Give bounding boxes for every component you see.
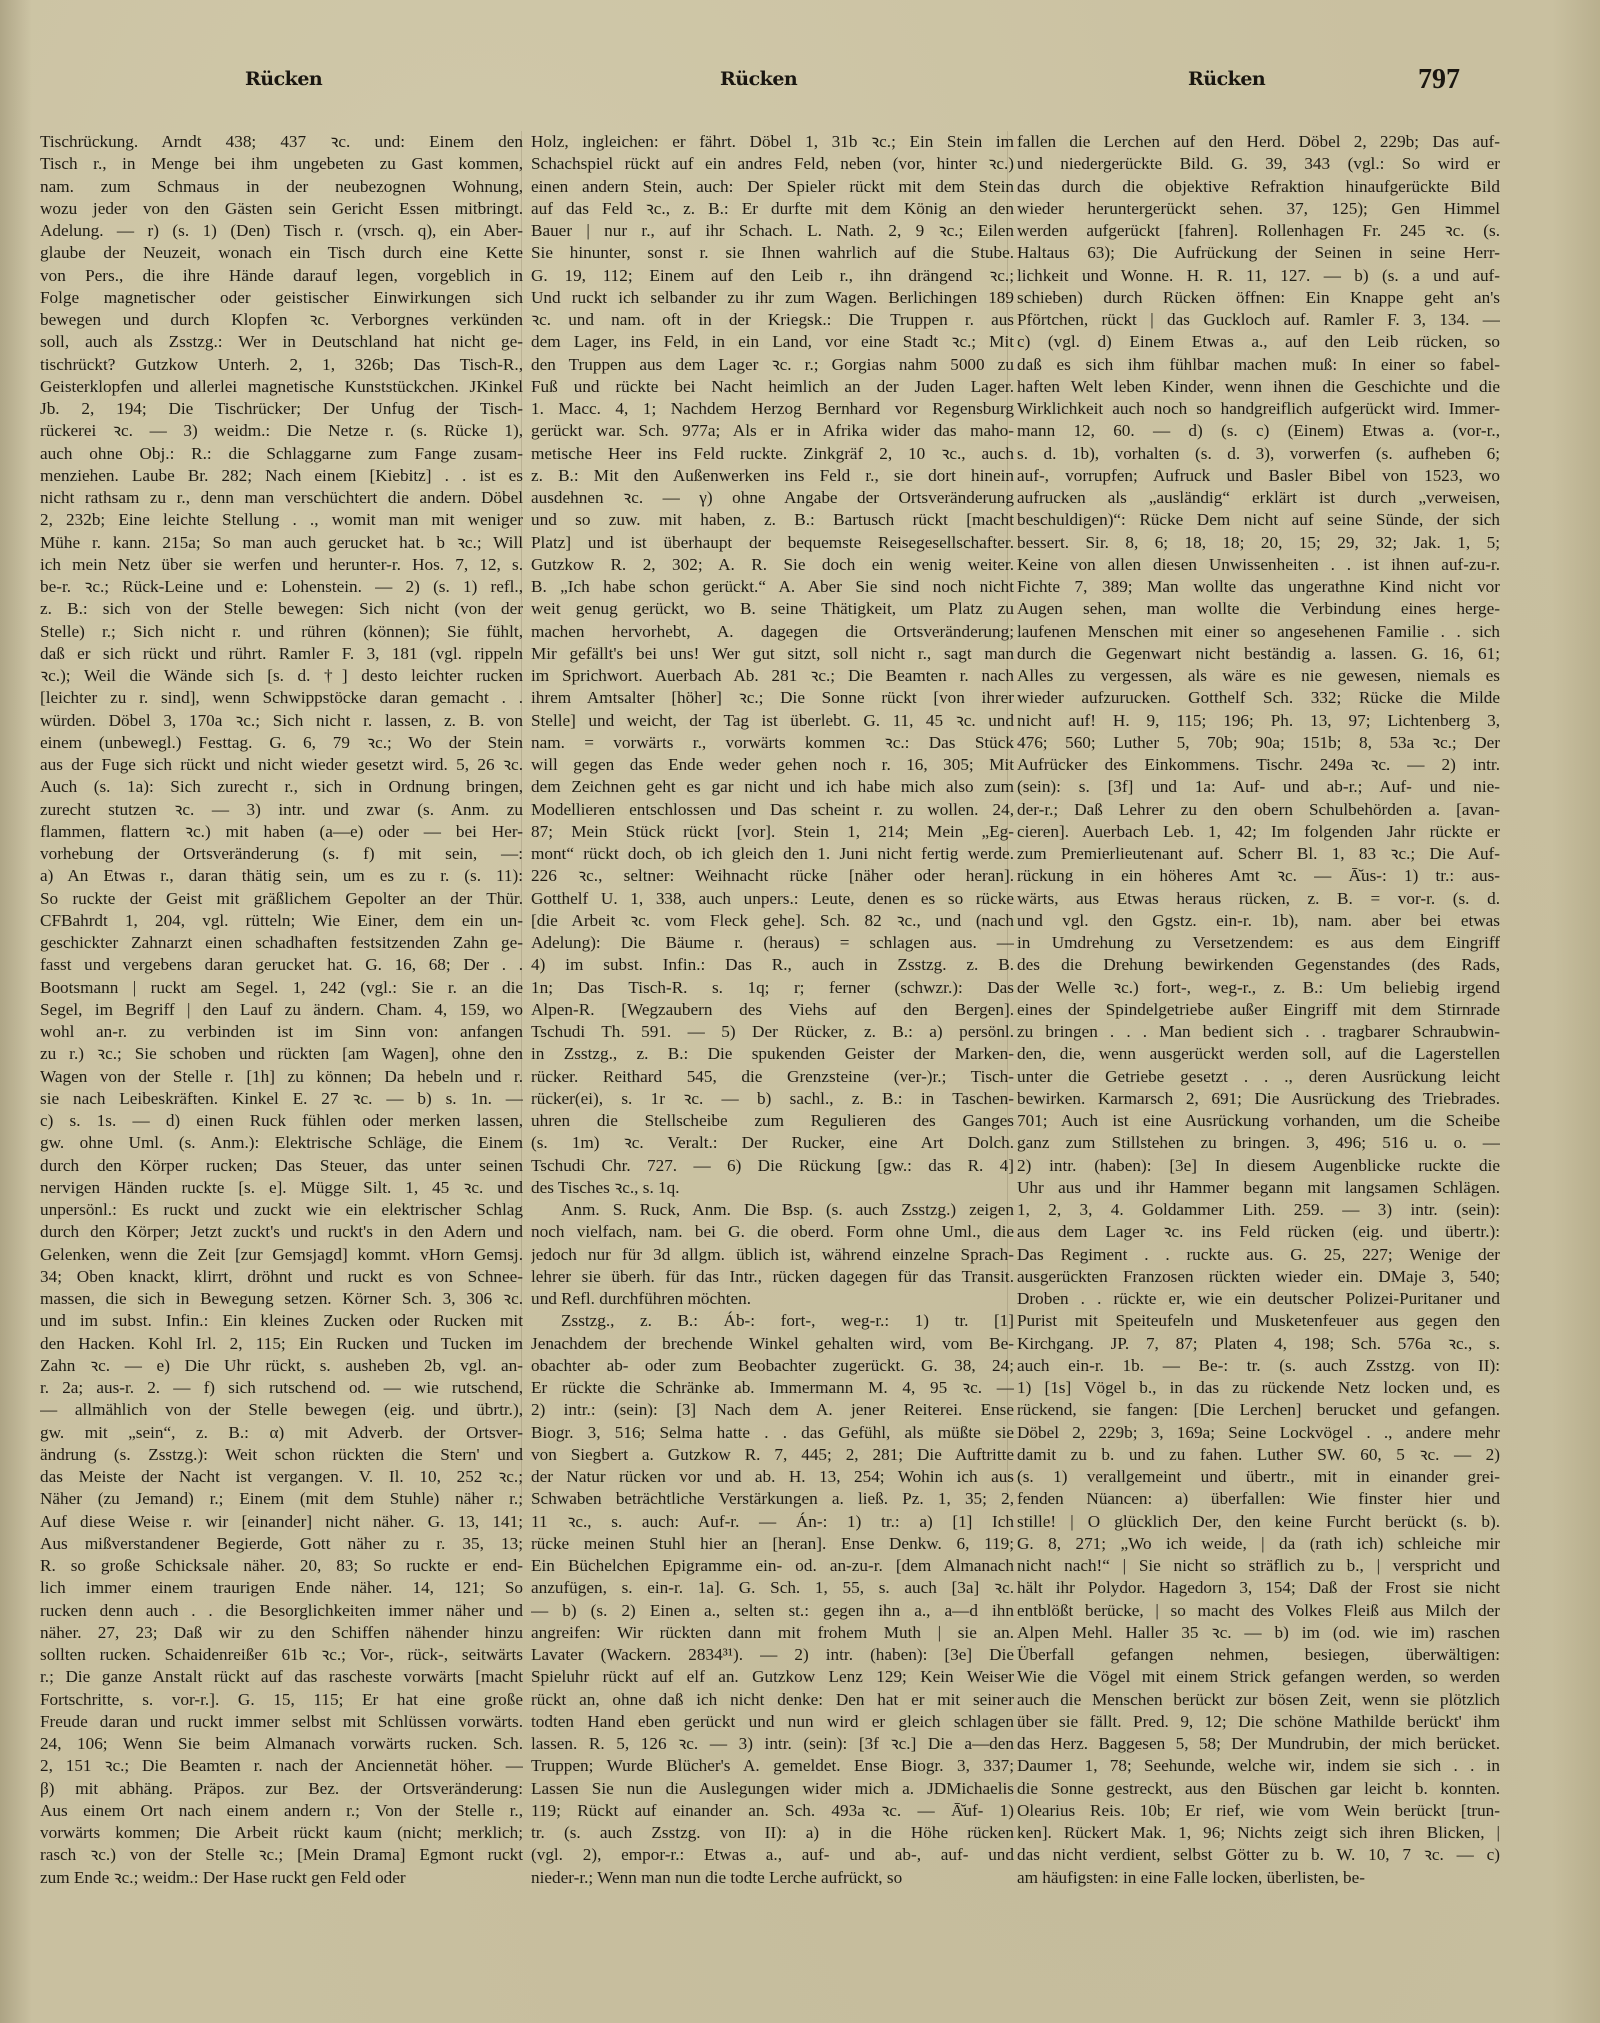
text-line: massen, die sich in Bewegung setzen. Kör…: [40, 1288, 523, 1310]
text-line: des Tisches ꝛc., s. 1q.: [531, 1177, 1014, 1199]
text-line: Uhr aus und ihr Hammer begann mit langsa…: [1017, 1177, 1500, 1199]
text-line: tischrückt? Gutzkow Unterh. 2, 1, 326b; …: [40, 354, 523, 376]
text-line: ꝛc. und nam. oft in der Kriegsk.: Die Tr…: [531, 309, 1014, 331]
text-line: obachter ab- oder zum Beobachter zugerüc…: [531, 1355, 1014, 1377]
text-line: Stelle) r.; Sich nicht r. und rühren (kö…: [40, 621, 523, 643]
text-line: Tisch r., in Menge bei ihm ungebeten zu …: [40, 153, 523, 175]
text-line: Mir gefällt's bei uns! Wer gut sitzt, so…: [531, 643, 1014, 665]
text-line: nervigen Händen ruckte [s. e]. Mügge Sil…: [40, 1177, 523, 1199]
text-line: lehrer sie überh. für das Intr., rücken …: [531, 1266, 1014, 1288]
text-line: auch die Menschen berückt zur bösen Zeit…: [1017, 1689, 1500, 1711]
text-line: unpersönl.: Es ruckt und zuckt wie ein e…: [40, 1199, 523, 1221]
text-line: Freude daran und ruckt immer selbst mit …: [40, 1711, 523, 1733]
text-line: geschickter Zahnarzt einen schadhaften f…: [40, 932, 523, 954]
page-number: 797: [1418, 64, 1460, 96]
text-line: Das Regiment . . ruckte aus. G. 25, 227;…: [1017, 1244, 1500, 1266]
text-line: rücker(ei), s. 1r ꝛc. — b) sachl., z. B.…: [531, 1088, 1014, 1110]
text-line: rückerei ꝛc. — 3) weidm.: Die Netze r. (…: [40, 420, 523, 442]
text-line: werden aufgerückt [fahren]. Rollenhagen …: [1017, 220, 1500, 242]
text-line: tr. (s. auch Zsstzg. von II): a) in die …: [531, 1822, 1014, 1844]
text-line: Er rückte die Schränke ab. Immermann M. …: [531, 1377, 1014, 1399]
text-line: 24, 106; Wenn Sie beim Almanach vorwärts…: [40, 1733, 523, 1755]
text-line: Überfall gefangen nehmen, besiegen, über…: [1017, 1644, 1500, 1666]
text-line: Haltaus 63); Die Aufrückung der Seinen i…: [1017, 242, 1500, 264]
text-line: Droben . . rückte er, wie ein deutscher …: [1017, 1288, 1500, 1310]
text-line: r. 2a; aus-r. 2. — f) sich rutschend od.…: [40, 1377, 523, 1399]
text-column-1: Tischrückung. Arndt 438; 437 ꝛc. und: Ei…: [40, 131, 523, 1889]
text-line: und im subst. Infin.: Ein kleines Zucken…: [40, 1310, 523, 1332]
text-line: unter die Getriebe gesetzt . . ., deren …: [1017, 1066, 1500, 1088]
text-line: 4) im subst. Infin.: Das R., auch in Zss…: [531, 954, 1014, 976]
text-line: Geisterklopfen und allerlei magnetische …: [40, 376, 523, 398]
text-line: gw. mit „sein“, z. B.: α) mit Adverb. de…: [40, 1422, 523, 1444]
text-line: R. so große Schicksale näher. 20, 83; So…: [40, 1555, 523, 1577]
text-line: 1) [1s] Vögel b., in das zu rückende Net…: [1017, 1377, 1500, 1399]
text-line: zu r.) ꝛc.; Sie schoben und rückten [am …: [40, 1043, 523, 1065]
text-line: noch vielfach, nam. bei G. die oberd. Fo…: [531, 1221, 1014, 1243]
text-line: bewirken. Karmarsch 2, 691; Die Ausrücku…: [1017, 1088, 1500, 1110]
text-line: einem (unbewegl.) Festtag. G. 6, 79 ꝛc.;…: [40, 732, 523, 754]
text-line: 226 ꝛc., seltner: Weihnacht rücke [näher…: [531, 865, 1014, 887]
text-line: B. „Ich habe schon gerückt.“ A. Aber Sie…: [531, 576, 1014, 598]
text-column-3: fallen die Lerchen auf den Herd. Döbel 2…: [1017, 131, 1500, 1889]
text-line: Modellieren entschlossen und Das scheint…: [531, 799, 1014, 821]
text-line: jedoch nur für 3d allgm. üblich ist, wäh…: [531, 1244, 1014, 1266]
text-line: [die Arbeit ꝛc. vom Fleck gehe]. Sch. 82…: [531, 910, 1014, 932]
text-line: Näher (zu Jemand) r.; Einem (mit dem Stu…: [40, 1488, 523, 1510]
text-line: auf-, vorrupfen; Aufruck und Basler Bibe…: [1017, 465, 1500, 487]
text-line: mont“ rückt doch, ob ich gleich den 1. J…: [531, 843, 1014, 865]
text-line: das Meiste der Nacht ist vergangen. V. I…: [40, 1466, 523, 1488]
text-line: am häufigsten: in eine Falle locken, übe…: [1017, 1867, 1500, 1889]
text-line: 119; Rückt auf einander an. Sch. 493a ꝛc…: [531, 1800, 1014, 1822]
text-line: dem Zeichnen geht es gar nicht und ich h…: [531, 776, 1014, 798]
text-line: Sie hinunter, sonst r. sie Ihnen wahrlic…: [531, 242, 1014, 264]
text-line: wozu jeder von den Gästen sein Gericht E…: [40, 198, 523, 220]
text-line: s. d. 1b), vorhalten (s. d. 3), vorwerfe…: [1017, 443, 1500, 465]
text-line: lich immer einem traurigen Ende näher. 1…: [40, 1577, 523, 1599]
text-line: uhren die Stellscheibe zum Regulieren de…: [531, 1110, 1014, 1132]
text-line: 701; Auch ist eine Ausrückung vorhanden,…: [1017, 1110, 1500, 1132]
text-line: z. B.: Mit den Außenwerken ins Feld r., …: [531, 465, 1014, 487]
text-line: Alles zu vergessen, als wäre es nie gewe…: [1017, 665, 1500, 687]
text-line: Alpen-R. [Wegzaubern des Viehs auf den B…: [531, 999, 1014, 1021]
text-line: Fuß und rückte bei Nacht heimlich an der…: [531, 376, 1014, 398]
running-header: Rücken Rücken Rücken 797: [0, 62, 1600, 102]
text-line: den Hacken. Kohl Irl. 2, 115; Ein Rucken…: [40, 1333, 523, 1355]
text-line: Stelle] und weicht, der Tag ist überlebt…: [531, 710, 1014, 732]
text-line: 476; 560; Luther 5, 70b; 90a; 151b; 8, 5…: [1017, 732, 1500, 754]
text-line: — allmählich von der Stelle bewegen (eig…: [40, 1399, 523, 1421]
text-line: rückend, sie fangen: [Die Lerchen] beruc…: [1017, 1399, 1500, 1421]
text-line: Aufrücker des Einkommens. Tischr. 249a ꝛ…: [1017, 754, 1500, 776]
text-line: Fortschritte, s. vor-r.]. G. 15, 115; Er…: [40, 1689, 523, 1711]
page-spine-shadow: [0, 0, 32, 2023]
text-line: So ruckte der Geist mit gräßlichem Gepol…: [40, 888, 523, 910]
text-line: machen hervorhebt, A. dagegen die Ortsve…: [531, 621, 1014, 643]
text-line: durch den Körper rucken; Das Steuer, das…: [40, 1155, 523, 1177]
text-line: ausgerückten Franzosen rückten wieder ei…: [1017, 1266, 1500, 1288]
text-line: Platz] und ist überhaupt der bequemste R…: [531, 532, 1014, 554]
text-line: ꝛc.); Weil die Wände sich [s. d. †] dest…: [40, 665, 523, 687]
text-line: daß es sich ihm fühlbar machen muß: In e…: [1017, 354, 1500, 376]
text-line: Schwaben beträchtliche Verstärkungen a. …: [531, 1488, 1014, 1510]
text-line: wohl an-r. zu verbinden ist im Sinn von:…: [40, 1021, 523, 1043]
text-line: fallen die Lerchen auf den Herd. Döbel 2…: [1017, 131, 1500, 153]
text-line: r.; Die ganze Anstalt rückt auf das rasc…: [40, 1666, 523, 1688]
text-line: und vgl. den Ggstz. ein-r. 1b), nam. abe…: [1017, 910, 1500, 932]
text-line: nam. = vorwärts r., vorwärts kommen ꝛc.:…: [531, 732, 1014, 754]
text-line: Mühe r. kann. 215a; So man auch gerucket…: [40, 532, 523, 554]
text-line: mann 12, 60. — d) (s. c) (Einem) Etwas a…: [1017, 420, 1500, 442]
text-line: Alpen Mehl. Haller 35 ꝛc. — b) im (od. w…: [1017, 1622, 1500, 1644]
text-line: G. 8, 271; „Wo ich weide, | da (rath ich…: [1017, 1533, 1500, 1555]
text-line: [leichter zu r. sind], wenn Schwippstöck…: [40, 687, 523, 709]
text-line: und niedergerückte Bild. G. 39, 343 (vgl…: [1017, 153, 1500, 175]
text-line: rückt an, ohne daß ich nicht denke: Den …: [531, 1689, 1014, 1711]
text-line: Keine von allen diesen Unwissenheiten . …: [1017, 554, 1500, 576]
text-line: stille! | O glücklich Der, den keine Fur…: [1017, 1511, 1500, 1533]
text-line: Tschudi Th. 591. — 5) Der Rücker, z. B.:…: [531, 1021, 1014, 1043]
text-line: 1n; Das Tisch-R. s. 1q; r; ferner (schwz…: [531, 977, 1014, 999]
text-line: Schachspiel rückt auf ein andres Feld, n…: [531, 153, 1014, 175]
text-line: das Herz. Baggesen 5, 58; Der Mundrubin,…: [1017, 1733, 1500, 1755]
text-line: rückung in ein höheres Amt ꝛc. — Ā̆us-: …: [1017, 865, 1500, 887]
text-line: Ein Büchelchen Epigramme ein- od. an-zu-…: [531, 1555, 1014, 1577]
text-line: gerückt war. Sch. 977a; Als er in Afrika…: [531, 420, 1014, 442]
text-line: rasch ꝛc.) von der Stelle ꝛc.; [Mein Dra…: [40, 1844, 523, 1866]
text-line: Zsstzg., z. B.: Áb-: fort-, weg-r.: 1) t…: [531, 1310, 1014, 1332]
text-line: im Sprichwort. Auerbach Ab. 281 ꝛc.; Die…: [531, 665, 1014, 687]
text-line: von Pers., die ihre Hände darauf legen, …: [40, 265, 523, 287]
text-line: Döbel 2, 229b; 3, 169a; Seine Lockvögel …: [1017, 1422, 1500, 1444]
text-line: Adelung): Die Bäume r. (heraus) = schlag…: [531, 932, 1014, 954]
text-line: wieder aufzurucken. Gotthelf Sch. 332; R…: [1017, 687, 1500, 709]
text-line: entblößt berücke, | so macht des Volkes …: [1017, 1600, 1500, 1622]
text-line: menziehen. Laube Br. 282; Nach einem [Ki…: [40, 465, 523, 487]
text-line: zu bringen . . . Man bedient sich . . tr…: [1017, 1021, 1500, 1043]
text-line: schieben) durch Rücken öffnen: Ein Knapp…: [1017, 287, 1500, 309]
text-line: die Sonne gestreckt, aus den Büschen gar…: [1017, 1778, 1500, 1800]
text-line: fenden Nüancen: a) überfallen: Wie finst…: [1017, 1488, 1500, 1510]
text-line: metische Heer ins Feld ruckte. Zinkgräf …: [531, 443, 1014, 465]
text-line: hält ihr Polydor. Hagedorn 3, 154; Daß d…: [1017, 1577, 1500, 1599]
text-line: todten Hand eben gerückt und nun wird er…: [531, 1711, 1014, 1733]
text-line: weit genug gerückt, wo B. seine Thätigke…: [531, 598, 1014, 620]
text-line: angreifen: Wir rückten dann mit frohem M…: [531, 1622, 1014, 1644]
text-line: lichkeit und Wonne. H. R. 11, 127. — b) …: [1017, 265, 1500, 287]
text-line: fasst und vergebens daran gerucket hat. …: [40, 954, 523, 976]
text-line: Auf diese Weise r. wir [einander] nicht …: [40, 1511, 523, 1533]
text-line: der-r.; Daß Lehrer zu den obern Schulbeh…: [1017, 799, 1500, 821]
text-line: 1, 2, 3, 4. Goldammer Lith. 259. — 3) in…: [1017, 1199, 1500, 1221]
headword-left: Rücken: [245, 68, 322, 90]
text-line: 87; Mein Stück rückt [vor]. Stein 1, 214…: [531, 821, 1014, 843]
text-line: sollten rucken. Schaidenreißer 61b ꝛc.; …: [40, 1644, 523, 1666]
text-line: in Umdrehung zu Versetzendem: es aus dem…: [1017, 932, 1500, 954]
text-line: 2) intr.: (sein): [3] Nach dem A. jener …: [531, 1399, 1014, 1421]
text-line: des die Drehung bewirkenden Gegenstandes…: [1017, 954, 1500, 976]
text-line: be-r. ꝛc.; Rück-Leine und e: Lohenstein.…: [40, 576, 523, 598]
text-line: wärts, aus Etwas heraus rücken, z. B. = …: [1017, 888, 1500, 910]
text-line: Truppen; Wurde Blücher's A. gemeldet. En…: [531, 1755, 1014, 1777]
text-line: zum Ende ꝛc.; weidm.: Der Hase ruckt gen…: [40, 1867, 523, 1889]
text-line: 11 ꝛc., s. auch: Auf-r. — Án-: 1) tr.: a…: [531, 1511, 1014, 1533]
text-line: Tischrückung. Arndt 438; 437 ꝛc. und: Ei…: [40, 131, 523, 153]
headword-right: Rücken: [1188, 68, 1265, 90]
text-line: auf das Feld ꝛc., z. B.: Er durfte mit d…: [531, 198, 1014, 220]
text-line: Olearius Reis. 10b; Er rief, wie vom Wei…: [1017, 1800, 1500, 1822]
text-line: CFBahrdt 1, 204, vgl. rütteln; Wie Einer…: [40, 910, 523, 932]
text-line: wieder heruntergerückt sehen. 37, 125); …: [1017, 198, 1500, 220]
text-line: Wie die Vögel mit einem Strick gefangen …: [1017, 1666, 1500, 1688]
text-line: Purist mit Speiteufeln und Musketenfeuer…: [1017, 1310, 1500, 1332]
text-line: nicht nach!“ | Sie nicht so sträflich zu…: [1017, 1555, 1500, 1577]
text-line: 2, 151 ꝛc.; Die Beamten r. nach der Anci…: [40, 1755, 523, 1777]
text-line: der Welle ꝛc.) fort-, weg-r., z. B.: Um …: [1017, 977, 1500, 999]
text-line: damit zu b. und zu fahen. Luther SW. 60,…: [1017, 1444, 1500, 1466]
text-line: ken]. Rückert Mak. 1, 96; Nichts zeigt s…: [1017, 1822, 1500, 1844]
text-line: Jenachdem der brechende Winkel gehalten …: [531, 1333, 1014, 1355]
text-line: Daumer 1, 78; Seehunde, welche wir, inde…: [1017, 1755, 1500, 1777]
text-line: vorwärts kommen; Die Arbeit rückt kaum (…: [40, 1822, 523, 1844]
text-line: 34; Oben knackt, klirrt, dröhnt und ruck…: [40, 1266, 523, 1288]
text-line: Aus einem Ort nach einem andern r.; Von …: [40, 1800, 523, 1822]
text-column-2: Holz, ingleichen: er fährt. Döbel 1, 31b…: [531, 131, 1014, 1889]
text-line: Folge magnetischer oder geistischer Einw…: [40, 287, 523, 309]
text-line: beschuldigen)“: Rücke Dem nicht auf sein…: [1017, 509, 1500, 531]
text-line: haften Welt leben Kinder, wenn ihnen die…: [1017, 376, 1500, 398]
text-line: Kirchgang. JP. 7, 87; Platen 4, 198; Sch…: [1017, 1333, 1500, 1355]
text-line: cieren]. Auerbach Leb. 1, 42; Im folgend…: [1017, 821, 1500, 843]
text-line: aus dem Lager ꝛc. ins Feld rücken (eig. …: [1017, 1221, 1500, 1243]
text-line: zurecht stutzen ꝛc. — 3) intr. und zwar …: [40, 799, 523, 821]
text-line: von Siegbert a. Gutzkow R. 7, 445; 2, 28…: [531, 1444, 1014, 1466]
text-line: rücke meinen Stuhl hier an [heran]. Ense…: [531, 1533, 1014, 1555]
text-line: der Natur rücken vor und ab. H. 13, 254;…: [531, 1466, 1014, 1488]
text-line: auch ein-r. 1b. — Be-: tr. (s. auch Zsst…: [1017, 1355, 1500, 1377]
text-line: das durch die objektive Refraktion hinau…: [1017, 176, 1500, 198]
text-line: nieder-r.; Wenn man nun die todte Lerche…: [531, 1867, 1014, 1889]
text-line: Gotthelf U. 1, 338, auch unpers.: Leute,…: [531, 888, 1014, 910]
text-line: (s. 1m) ꝛc. Veralt.: Der Rucker, eine Ar…: [531, 1132, 1014, 1154]
text-line: Holz, ingleichen: er fährt. Döbel 1, 31b…: [531, 131, 1014, 153]
text-line: β) mit abhäng. Präpos. zur Bez. der Orts…: [40, 1778, 523, 1800]
text-line: bessert. Sir. 8, 6; 18, 18; 20, 15; 29, …: [1017, 532, 1500, 554]
text-line: Zahn ꝛc. — e) Die Uhr rückt, s. ausheben…: [40, 1355, 523, 1377]
text-line: und Refl. durchführen möchten.: [531, 1288, 1014, 1310]
text-line: ausdehnen ꝛc. — γ) ohne Angabe der Ortsv…: [531, 487, 1014, 509]
text-line: Wirklichkeit auch noch so handgreiflich …: [1017, 398, 1500, 420]
text-line: Augen sehen, man wollte die Verbindung e…: [1017, 598, 1500, 620]
text-line: rücker. Reithard 545, die Grenzsteine (v…: [531, 1066, 1014, 1088]
text-line: Und ruckt ich selbander zu ihr zum Wagen…: [531, 287, 1014, 309]
text-line: dem Lager, ins Feld, in ein Land, vor ei…: [531, 331, 1014, 353]
text-line: anzufügen, s. ein-r. 1a]. G. Sch. 1, 55,…: [531, 1577, 1014, 1599]
text-line: auch ohne Obj.: R.: die Schlaggarne zum …: [40, 443, 523, 465]
text-line: durch die Gegenwart nicht beständig a. l…: [1017, 643, 1500, 665]
text-line: Spieluhr rückt auf elf an. Gutzkow Lenz …: [531, 1666, 1014, 1688]
text-line: Tschudi Chr. 727. — 6) Die Rückung [gw.:…: [531, 1155, 1014, 1177]
text-line: Biogr. 3, 516; Selma hatte . . das Gefüh…: [531, 1422, 1014, 1444]
text-line: näher. 27, 23; Daß wir zu den Schiffen n…: [40, 1622, 523, 1644]
text-line: ihrem Amtsalter [höher] ꝛc.; Die Sonne r…: [531, 687, 1014, 709]
text-line: ich mein Netz über sie werfen und herunt…: [40, 554, 523, 576]
text-line: gw. ohne Uml. (s. Anm.): Elektrische Sch…: [40, 1132, 523, 1154]
text-line: Aus mißverstandener Begierde, Gott näher…: [40, 1533, 523, 1555]
text-line: über sie fällt. Pred. 9, 12; Die schöne …: [1017, 1711, 1500, 1733]
text-line: sie nach Leibeskräften. Kinkel E. 27 ꝛc.…: [40, 1088, 523, 1110]
text-line: a) An Etwas r., daran thätig sein, um es…: [40, 865, 523, 887]
text-line: eines der Spindelgetriebe außer Eingriff…: [1017, 999, 1500, 1021]
dictionary-page: Rücken Rücken Rücken 797 Tischrückung. A…: [0, 0, 1600, 2023]
text-line: Gelenken, wenn die Zeit [zur Gemsjagd] k…: [40, 1244, 523, 1266]
text-line: Jb. 2, 194; Die Tischrücker; Der Unfug d…: [40, 398, 523, 420]
text-line: bewegen und durch Klopfen ꝛc. Verborgnes…: [40, 309, 523, 331]
text-line: Auch (s. 1a): Sich zurecht r., sich in O…: [40, 776, 523, 798]
text-line: daß er sich rückt und rührt. Ramler F. 3…: [40, 643, 523, 665]
text-line: 2, 232b; Eine leichte Stellung . ., womi…: [40, 509, 523, 531]
text-line: Bootsmann | ruckt am Segel. 1, 242 (vgl.…: [40, 977, 523, 999]
text-line: Gutzkow R. 2, 302; A. R. Sie doch ein we…: [531, 554, 1014, 576]
text-line: c) (vgl. d) Einem Etwas a., auf den Leib…: [1017, 331, 1500, 353]
text-line: ändrung (s. Zsstzg.): Weit schon rückten…: [40, 1444, 523, 1466]
text-line: nicht auf! H. 9, 115; 196; Ph. 13, 97; L…: [1017, 710, 1500, 732]
text-line: 1. Macc. 4, 1; Nachdem Herzog Bernhard v…: [531, 398, 1014, 420]
text-line: soll, auch als Zsstzg.: Wer in Deutschla…: [40, 331, 523, 353]
text-line: (vgl. 2), empor-r.: Etwas a., auf- und a…: [531, 1844, 1014, 1866]
text-line: und so zuw. mit haben, z. B.: Bartusch r…: [531, 509, 1014, 531]
text-line: das nicht verdient, selbst Götter zu b. …: [1017, 1844, 1500, 1866]
text-line: Wagen von der Stelle r. [1h] zu können; …: [40, 1066, 523, 1088]
page-edge-shadow: [1552, 0, 1600, 2023]
text-line: glaube der Neuzeit, wonach ein Tisch dur…: [40, 242, 523, 264]
text-line: Segel, im Begriff | den Lauf zu ändern. …: [40, 999, 523, 1021]
text-line: Fichte 7, 389; Man wollte das ungerathne…: [1017, 576, 1500, 598]
text-line: Pförtchen, rückt | das Guckloch auf. Ram…: [1017, 309, 1500, 331]
text-line: aufrucken als „ausländig“ erklärt ist du…: [1017, 487, 1500, 509]
text-line: ganz zum Stillstehen zu bringen. 3, 496;…: [1017, 1132, 1500, 1154]
text-line: c) s. 1s. — d) einen Ruck fühlen oder me…: [40, 1110, 523, 1132]
text-line: den Truppen aus dem Lager ꝛc. r.; Gorgia…: [531, 354, 1014, 376]
text-line: Lavater (Wackern. 2834³¹). — 2) intr. (h…: [531, 1644, 1014, 1666]
text-line: vorhebung der Ortsveränderung (s. f) mit…: [40, 843, 523, 865]
text-line: Adelung. — r) (s. 1) (Den) Tisch r. (vrs…: [40, 220, 523, 242]
text-line: G. 19, 112; Einem auf den Leib r., ihn d…: [531, 265, 1014, 287]
text-line: Bauer | nur r., auf ihr Schach. L. Nath.…: [531, 220, 1014, 242]
text-line: z. B.: sich von der Stelle bewegen: Sich…: [40, 598, 523, 620]
text-line: den, die, wenn ausgerückt werden soll, a…: [1017, 1043, 1500, 1065]
text-line: flammen, flattern ꝛc.) mit haben (a—e) o…: [40, 821, 523, 843]
text-line: Lassen Sie nun die Auslegungen wider mic…: [531, 1778, 1014, 1800]
text-line: nicht rathsam zu r., denn man verschücht…: [40, 487, 523, 509]
text-line: zum Premierlieutenant auf. Scherr Bl. 1,…: [1017, 843, 1500, 865]
text-line: rucken denn auch . . die Besorglichkeite…: [40, 1600, 523, 1622]
text-line: Anm. S. Ruck, Anm. Die Bsp. (s. auch Zss…: [531, 1199, 1014, 1221]
text-line: (s. 1) verallgemeint und übertr., mit in…: [1017, 1466, 1500, 1488]
text-line: nam. zum Schmaus in der neubezognen Wohn…: [40, 176, 523, 198]
text-line: würden. Döbel 3, 170a ꝛc.; Sich nicht r.…: [40, 710, 523, 732]
text-line: in Zsstzg., z. B.: Die spukenden Geister…: [531, 1043, 1014, 1065]
text-line: lassen. R. 5, 126 ꝛc. — 3) intr. (sein):…: [531, 1733, 1014, 1755]
text-line: laufenen Menschen mit einer so angesehen…: [1017, 621, 1500, 643]
text-line: 2) intr. (haben): [3e] In diesem Augenbl…: [1017, 1155, 1500, 1177]
text-line: — b) (s. 2) Einen a., selten st.: gegen …: [531, 1600, 1014, 1622]
text-line: (sein): s. [3f] und 1a: Auf- und ab-r.; …: [1017, 776, 1500, 798]
headword-center: Rücken: [720, 68, 797, 90]
text-line: will gegen das Ende weder gehen noch r. …: [531, 754, 1014, 776]
text-line: einen andern Stein, auch: Der Spieler rü…: [531, 176, 1014, 198]
text-line: durch den Körper; Jetzt zuckt's und ruck…: [40, 1221, 523, 1243]
text-line: aus der Fuge sich rückt und nicht wieder…: [40, 754, 523, 776]
